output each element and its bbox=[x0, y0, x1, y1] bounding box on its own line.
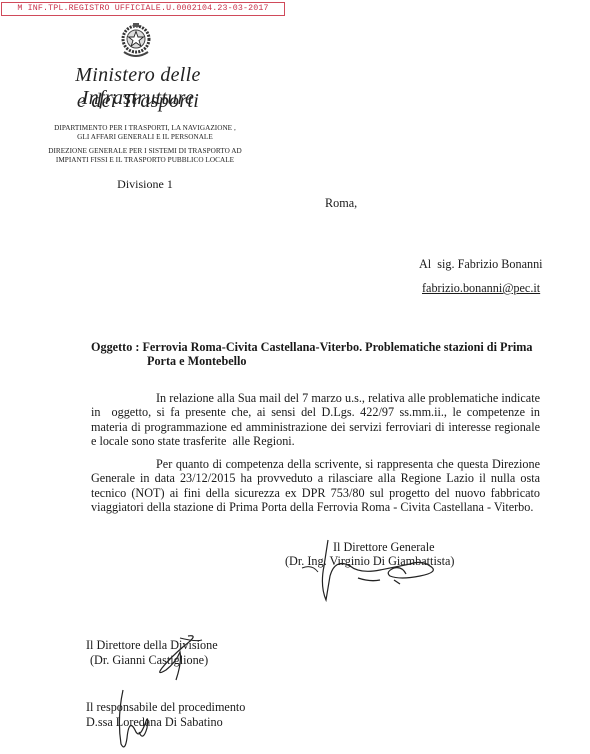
recipient-name: Al sig. Fabrizio Bonanni bbox=[419, 257, 543, 272]
subject-block: Oggetto : Ferrovia Roma-Civita Castellan… bbox=[91, 340, 571, 368]
recipient-email-link[interactable]: fabrizio.bonanni@pec.it bbox=[422, 281, 540, 296]
directorate-heading: DIREZIONE GENERALE PER I SISTEMI DI TRAS… bbox=[20, 147, 270, 165]
subject-line1: Ferrovia Roma-Civita Castellana-Viterbo.… bbox=[142, 340, 532, 354]
subject-label: Oggetto : bbox=[91, 340, 139, 354]
director-general-signature-block: Il Direttore Generale (Dr. Ing. Virginio… bbox=[333, 540, 454, 568]
division-label: Divisione 1 bbox=[20, 177, 270, 192]
directorate-line1: DIREZIONE GENERALE PER I SISTEMI DI TRAS… bbox=[20, 147, 270, 156]
paragraph-1-text: In relazione alla Sua mail del 7 marzo u… bbox=[91, 391, 543, 448]
procedure-manager-name: D.ssa Loredana Di Sabatino bbox=[86, 715, 245, 730]
division-director-signature-block: Il Direttore della Divisione (Dr. Gianni… bbox=[86, 638, 218, 667]
department-line1: DIPARTIMENTO PER I TRASPORTI, LA NAVIGAZ… bbox=[20, 124, 270, 133]
directorate-line2: IMPIANTI FISSI E IL TRASPORTO PUBBLICO L… bbox=[20, 156, 270, 165]
division-director-name: (Dr. Gianni Castiglione) bbox=[86, 653, 218, 668]
procedure-manager-title: Il responsabile del procedimento bbox=[86, 700, 245, 715]
italian-republic-emblem-icon bbox=[118, 22, 154, 60]
body-paragraph-1: In relazione alla Sua mail del 7 marzo u… bbox=[91, 391, 540, 448]
director-general-title: Il Direttore Generale bbox=[333, 540, 454, 554]
place-line: Roma, bbox=[325, 196, 357, 211]
protocol-stamp: M INF.TPL.REGISTRO UFFICIALE.U.0002104.2… bbox=[1, 2, 285, 16]
paragraph-2-text: Per quanto di competenza della scrivente… bbox=[91, 457, 540, 514]
subject-line2: Porta e Montebello bbox=[91, 354, 571, 368]
director-general-name: (Dr. Ing. Virginio Di Giambattista) bbox=[285, 554, 454, 568]
department-line2: GLI AFFARI GENERALI E IL PERSONALE bbox=[20, 133, 270, 142]
body-paragraph-2: Per quanto di competenza della scrivente… bbox=[91, 457, 540, 514]
ministry-name-line2: e dei Trasporti bbox=[18, 90, 258, 113]
procedure-manager-signature-block: Il responsabile del procedimento D.ssa L… bbox=[86, 700, 245, 729]
division-director-title: Il Direttore della Divisione bbox=[86, 638, 218, 653]
department-heading: DIPARTIMENTO PER I TRASPORTI, LA NAVIGAZ… bbox=[20, 124, 270, 142]
